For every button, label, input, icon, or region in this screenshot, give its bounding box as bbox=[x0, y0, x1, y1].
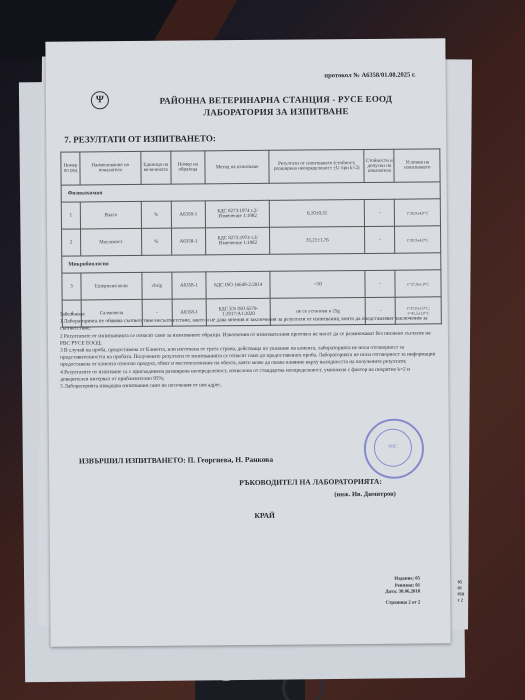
cell-limits: - bbox=[365, 226, 396, 253]
end-label: КРАЙ bbox=[254, 511, 274, 520]
cell-name: Масленост bbox=[80, 228, 141, 256]
performed-by: ИЗВЪРШИЛ ИЗПИТВАНЕТО: П. Георгиева, Н. Р… bbox=[79, 455, 273, 466]
note-item: 3 В случай на проба, предоставена от Кли… bbox=[60, 344, 438, 369]
cell-result: 35,21±1,76 bbox=[270, 226, 365, 254]
cell-name: Влага bbox=[80, 201, 141, 229]
lab-stamp: РВС bbox=[364, 418, 425, 479]
table-header-row: Номер по ред Наименование на показателя … bbox=[61, 149, 440, 185]
cell-result: 6,10±0,31 bbox=[270, 199, 365, 227]
cell-limits: - bbox=[365, 270, 396, 297]
cell-conditions: t=20,9±4,0°C bbox=[395, 226, 441, 253]
cell-conditions: t=37,0±1,0°C bbox=[395, 270, 441, 297]
results-table: Номер по ред Наименование на показателя … bbox=[60, 148, 442, 327]
lab-head-name: (инж. Ив. Димитров) bbox=[334, 491, 396, 499]
col-header: Номер на образеца bbox=[171, 151, 205, 184]
col-header: Единица на величината bbox=[140, 151, 171, 184]
cell-no: 3 bbox=[62, 273, 81, 300]
cell-no: 1 bbox=[61, 202, 80, 229]
cell-sample: А6358-1 bbox=[171, 201, 205, 228]
test-report-page: протокол № А6358/01.08.2025 г. Ψ РАЙОННА… bbox=[45, 38, 450, 646]
cell-name: Ешерихия коли bbox=[81, 272, 142, 300]
back-footer-line: т 2 bbox=[457, 597, 464, 603]
col-header: Условия на изпитването bbox=[394, 149, 440, 182]
cell-sample: А6358-1 bbox=[172, 272, 206, 299]
table-row: 3 Ешерихия коли cfu/g А6358-1 БДС ISO 16… bbox=[62, 270, 441, 300]
notes-section: Забележки: 1 Лабораторията не обявява съ… bbox=[60, 308, 439, 391]
col-header: Наименование на показателя bbox=[80, 151, 141, 185]
section-title: 7. РЕЗУЛТАТИ ОТ ИЗПИТВАНЕТО: bbox=[64, 133, 216, 144]
cell-sample: А6358-1 bbox=[171, 228, 205, 255]
cell-unit: % bbox=[141, 201, 172, 228]
cell-result: <10 bbox=[270, 270, 365, 298]
cell-method: БДС ISO 16649-2:2014 bbox=[206, 271, 271, 299]
back-sheet-footer: 05 01 018 т 2 bbox=[457, 579, 464, 603]
page-footer: Издание: 05 Ревизия: 01 Дата: 30.06.2018… bbox=[385, 577, 420, 607]
footer-page-number: Страница 2 от 2 bbox=[385, 600, 420, 607]
cell-unit: % bbox=[141, 228, 172, 255]
table-row: 1 Влага % А6358-1 БДС 8273:1974 т.2/ Изм… bbox=[61, 199, 440, 229]
cell-method: БДС 8273:1974 т.2/ Изменение 1:1982 bbox=[205, 200, 270, 228]
laboratory-name: ЛАБОРАТОРИЯ ЗА ИЗПИТВАНЕ bbox=[106, 105, 446, 118]
table-row: 2 Масленост % А6358-1 БДС 8273:1974 т.3/… bbox=[62, 226, 441, 256]
cell-unit: cfu/g bbox=[141, 272, 172, 299]
lab-head-label: РЪКОВОДИТЕЛ НА ЛАБОРАТОРИЯТА: bbox=[239, 477, 382, 487]
cell-conditions: t=20,9±4,0°C bbox=[395, 199, 441, 226]
stamp-text: РВС bbox=[374, 429, 412, 467]
col-header: Стойности и допуски на показателя bbox=[364, 149, 395, 182]
cell-limits: - bbox=[364, 199, 395, 226]
footer-date: Дата: 30.06.2018 bbox=[385, 590, 420, 597]
protocol-number: протокол № А6358/01.08.2025 г. bbox=[324, 72, 415, 80]
col-header: Номер по ред bbox=[61, 152, 80, 185]
col-header: Резултати от изпитването (стойност, разш… bbox=[269, 149, 364, 183]
organization-name: РАЙОННА ВЕТЕРИНАРНА СТАНЦИЯ - РУСЕ ЕООД bbox=[106, 93, 446, 106]
cell-method: БДС 8273:1974 т.3/ Изменение 1:1982 bbox=[205, 227, 270, 255]
col-header: Метод на изпитване bbox=[205, 150, 270, 184]
cell-no: 2 bbox=[62, 229, 81, 256]
